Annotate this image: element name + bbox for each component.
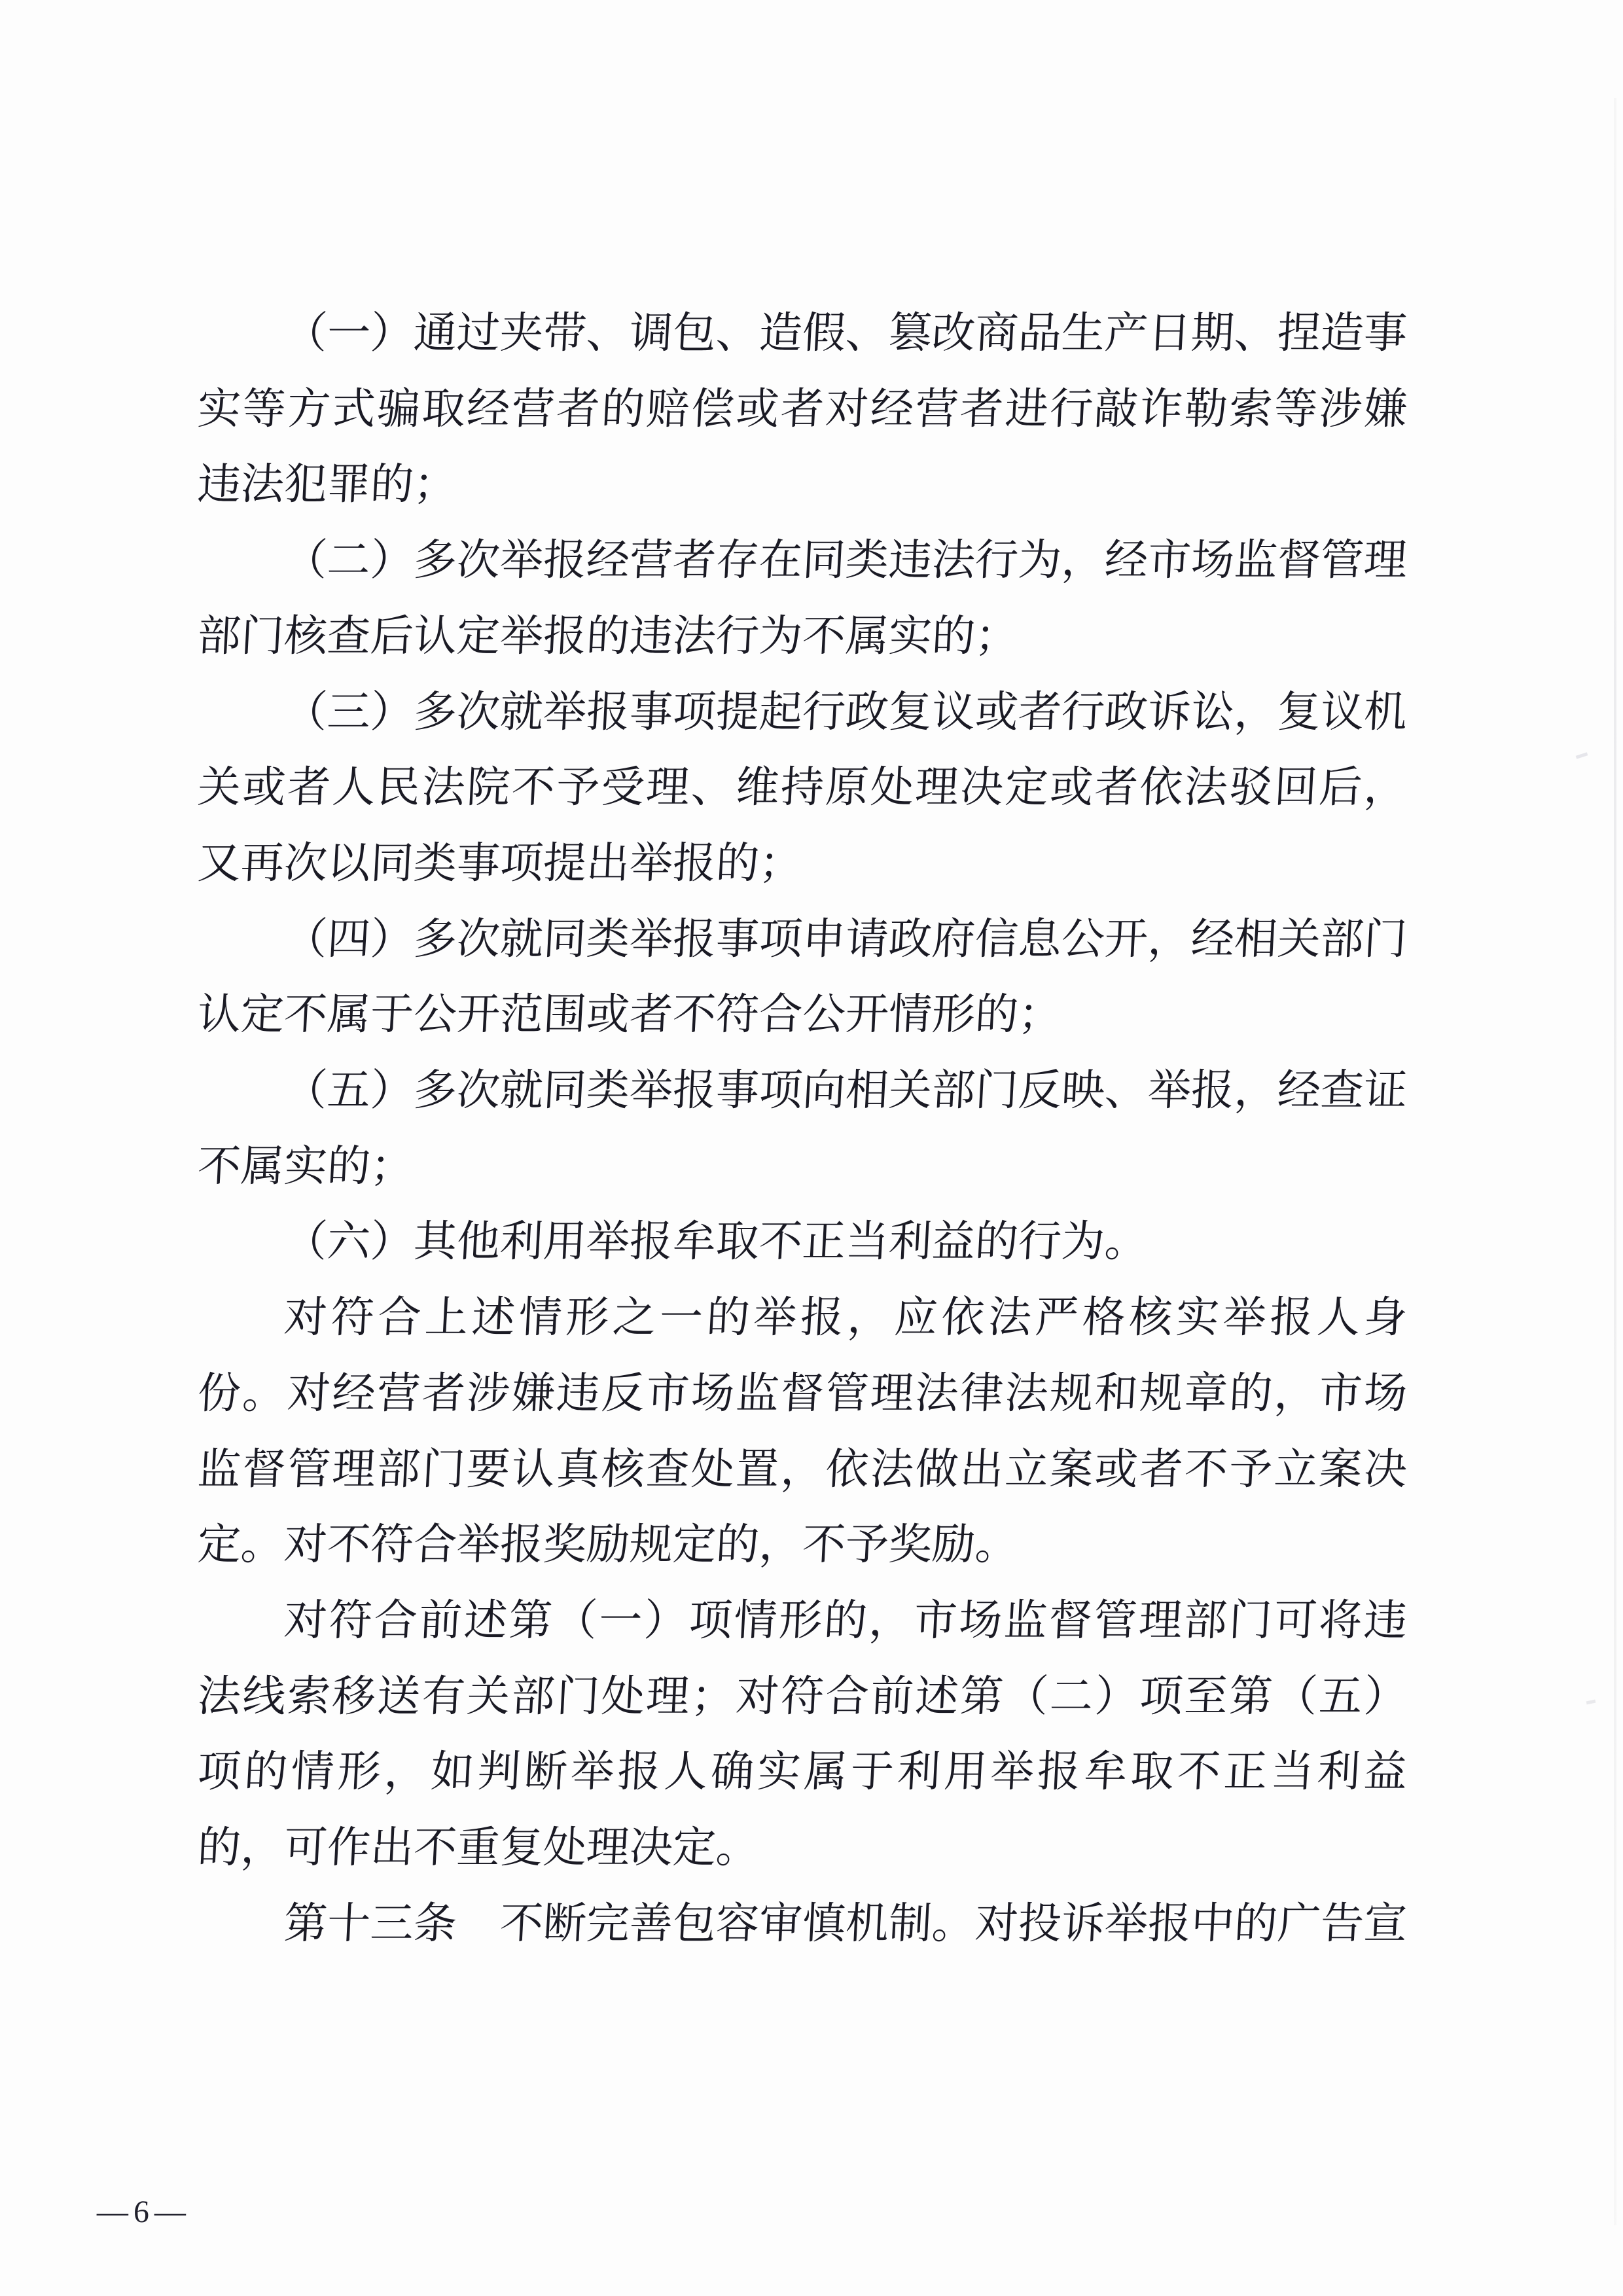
text-line: （二）多次举报经营者存在同类违法行为，经市场监督管理 <box>196 523 1409 599</box>
text-block: （一）通过夹带、调包、造假、篡改商品生产日期、捏造事实等方式骗取经营者的赔偿或者… <box>198 296 1407 1962</box>
text-line: 第十三条 不断完善包容审慎机制。对投诉举报中的广告宣 <box>196 1886 1409 1962</box>
scan-artifact <box>1614 98 1616 2225</box>
text-line: （三）多次就举报事项提起行政复议或者行政诉讼，复议机 <box>196 675 1409 751</box>
text-line: 部门核查后认定举报的违法行为不属实的； <box>196 599 1409 675</box>
page-number: —6— <box>96 2194 192 2230</box>
text-line: （六）其他利用举报牟取不正当利益的行为。 <box>196 1204 1409 1280</box>
text-line: （四）多次就同类举报事项申请政府信息公开，经相关部门 <box>196 902 1409 978</box>
text-line: 关或者人民法院不予受理、维持原处理决定或者依法驳回后， <box>196 750 1409 826</box>
text-line: 不属实的； <box>196 1129 1409 1205</box>
text-line: 项的情形，如判断举报人确实属于利用举报牟取不正当利益 <box>196 1734 1409 1810</box>
text-line: 份。对经营者涉嫌违反市场监督管理法律法规和规章的，市场 <box>196 1356 1409 1432</box>
text-line: 对符合上述情形之一的举报，应依法严格核实举报人身 <box>196 1280 1409 1356</box>
text-line: 实等方式骗取经营者的赔偿或者对经营者进行敲诈勒索等涉嫌 <box>196 372 1409 448</box>
text-line: 对符合前述第（一）项情形的，市场监督管理部门可将违 <box>196 1583 1409 1659</box>
text-line: 又再次以同类事项提出举报的； <box>196 826 1409 902</box>
text-line: 法线索移送有关部门处理；对符合前述第（二）项至第（五） <box>196 1659 1409 1735</box>
text-line: 认定不属于公开范围或者不符合公开情形的； <box>196 977 1409 1053</box>
scan-artifact <box>1586 1700 1596 1705</box>
document-page: （一）通过夹带、调包、造假、篡改商品生产日期、捏造事实等方式骗取经营者的赔偿或者… <box>0 0 1623 2296</box>
text-line: 定。对不符合举报奖励规定的，不予奖励。 <box>196 1507 1409 1583</box>
text-line: 的，可作出不重复处理决定。 <box>196 1810 1409 1886</box>
text-line: 违法犯罪的； <box>196 447 1409 523</box>
text-line: （五）多次就同类举报事项向相关部门反映、举报，经查证 <box>196 1053 1409 1129</box>
scan-artifact <box>1576 752 1588 759</box>
text-line: （一）通过夹带、调包、造假、篡改商品生产日期、捏造事 <box>196 296 1409 372</box>
text-line: 监督管理部门要认真核查处置，依法做出立案或者不予立案决 <box>196 1432 1409 1508</box>
